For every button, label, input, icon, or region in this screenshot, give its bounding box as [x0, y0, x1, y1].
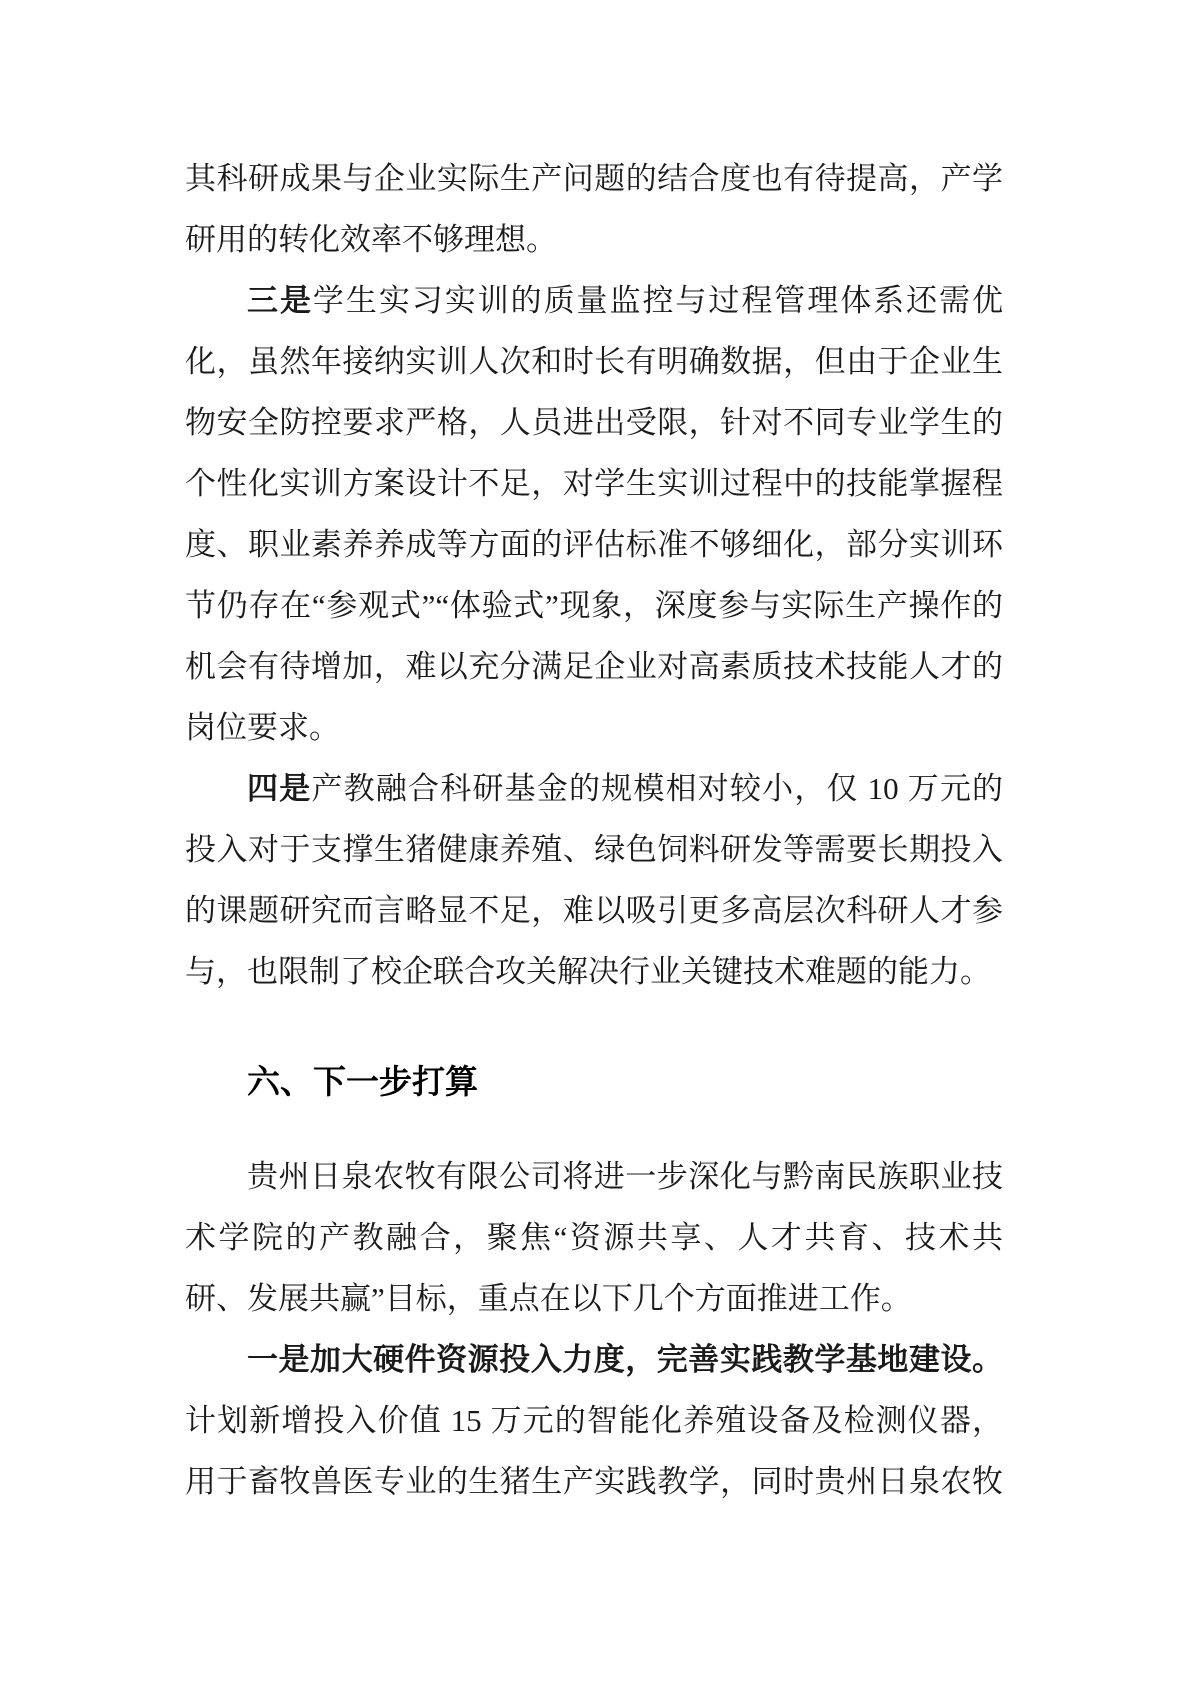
text-run: 学生实习实训的质量监控与过程管理体系还需优化，虽然年接纳实训人次和时长有明确数据… — [185, 283, 1003, 745]
section-heading: 六、下一步打算 — [185, 1060, 1003, 1104]
text-run: 其科研成果与企业实际生产问题的结合度也有待提高，产学研用的转化效率不够理想。 — [185, 161, 1003, 257]
text-run: 计划新增投入价值 15 万元的智能化养殖设备及检测仪器，用于畜牧兽医专业的生猪生… — [185, 1403, 1003, 1499]
text-run-bold: 一是加大硬件资源投入力度，完善实践教学基地建设。 — [247, 1342, 1003, 1377]
text-run: 贵州日泉农牧有限公司将进一步深化与黔南民族职业技术学院的产教融合，聚焦“资源共享… — [185, 1159, 1003, 1316]
paragraph: 三是学生实习实训的质量监控与过程管理体系还需优化，虽然年接纳实训人次和时长有明确… — [185, 270, 1003, 758]
paragraph: 其科研成果与企业实际生产问题的结合度也有待提高，产学研用的转化效率不够理想。 — [185, 148, 1003, 270]
document-body: 其科研成果与企业实际生产问题的结合度也有待提高，产学研用的转化效率不够理想。三是… — [185, 148, 1003, 1512]
text-run-bold: 三是 — [247, 283, 313, 318]
paragraph: 一是加大硬件资源投入力度，完善实践教学基地建设。计划新增投入价值 15 万元的智… — [185, 1329, 1003, 1512]
text-run-bold: 四是 — [247, 771, 311, 806]
document-page: 其科研成果与企业实际生产问题的结合度也有待提高，产学研用的转化效率不够理想。三是… — [0, 0, 1191, 1684]
paragraph: 四是产教融合科研基金的规模相对较小，仅 10 万元的投入对于支撑生猪健康养殖、绿… — [185, 758, 1003, 1002]
paragraph: 贵州日泉农牧有限公司将进一步深化与黔南民族职业技术学院的产教融合，聚焦“资源共享… — [185, 1146, 1003, 1329]
